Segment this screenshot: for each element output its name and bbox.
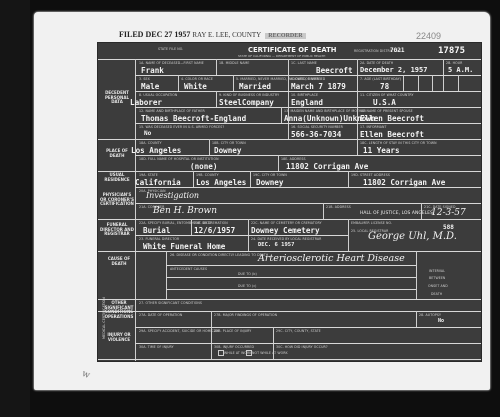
cemetery-label: 22C. NAME OF CEMETERY OR CREMATORY (251, 221, 322, 225)
industry-label: 9. KIND OF BUSINESS OR INDUSTRY (219, 93, 279, 97)
ssn-label: 16. SOCIAL SECURITY NUMBER (291, 125, 343, 129)
district-number: 7021 (390, 47, 404, 54)
other-conditions-label: 27. OTHER SIGNIFICANT CONDITIONS (139, 301, 202, 305)
father-label: 12. NAME AND BIRTHPLACE OF FATHER (139, 109, 205, 113)
place-of-injury-label: 29B. PLACE OF INJURY (214, 329, 251, 333)
industry-value: SteelCompany (219, 98, 274, 107)
father-value: Thomas Beecroft-England (141, 114, 246, 123)
last-name-label: 1C. LAST NAME (291, 61, 317, 65)
scan-margin (0, 0, 30, 417)
coroner-date-value: 12-3-57 (431, 208, 466, 218)
funeral-director-value: White Funeral Home (143, 242, 225, 251)
interval-l1: INTERVAL (429, 269, 445, 273)
date-of-death-label: 2A. DATE OF DEATH (360, 61, 393, 65)
res-county-value: Los Angeles (196, 178, 246, 187)
birth-date-value: March 7 1879 (291, 82, 346, 91)
sex-label: 3. SEX (139, 77, 150, 81)
state-file-label: STATE FILE NO. (158, 47, 183, 51)
injury-location-label: 29C. CITY, COUNTY, STATE (276, 329, 321, 333)
section-funeral: FUNERAL DIRECTOR AND REGISTRAR (100, 223, 134, 237)
mother-label: 13. MAIDEN NAME AND BIRTHPLACE OF MOTHER (284, 109, 366, 113)
autopsy-value: No (438, 318, 444, 324)
registrar-date-value: DEC. 6 1957 (258, 242, 294, 248)
cause-value: Arteriosclerotic Heart Disease (258, 253, 405, 264)
res-city-label: 19C. CITY OR TOWN (253, 173, 287, 177)
due-to-b: DUE TO (b) (238, 272, 257, 276)
accident-label: 29A. SPECIFY ACCIDENT, SUICIDE OR HOMICI… (139, 329, 220, 333)
disposition-value: Burial (143, 226, 170, 235)
age-value: 78 (380, 82, 389, 91)
county-clerk: RAY E. LEE, COUNTY (192, 31, 261, 39)
marital-value: Married (239, 82, 271, 91)
spouse-value: Ellen Beecroft (360, 114, 424, 123)
county-value: Los Angeles (131, 146, 181, 155)
birthplace-label: 10. BIRTHPLACE (291, 93, 318, 97)
first-name-label: 1A. NAME OF DECEASED—FIRST NAME (139, 61, 204, 65)
antecedent-label: ANTECEDENT CAUSES (170, 267, 207, 271)
side-label-strip: MEDICAL CERTIFICATION (102, 279, 110, 359)
physician-signature: Investigation (146, 191, 199, 200)
informant-value: Ellen Beecroft (360, 130, 424, 139)
length-of-stay-value: 11 Years (363, 146, 400, 155)
res-county-label: 19B. COUNTY (196, 173, 219, 177)
section-usual-residence: USUAL RESIDENCE (100, 173, 134, 182)
side-label: MEDICAL CERTIFICATION (102, 297, 106, 339)
hour-value: 5 A.M. (448, 66, 473, 74)
race-value: White (184, 82, 207, 91)
birth-date-label: 6. DATE OF BIRTH (291, 77, 321, 81)
coroner-address-value: HALL OF JUSTICE, LOS ANGELES (360, 211, 433, 216)
middle-name-label: 1B. MIDDLE NAME (219, 61, 249, 65)
funeral-director-label: 23. FUNERAL DIRECTOR (139, 237, 179, 241)
citizen-label: 11. CITIZEN OF WHAT COUNTRY (360, 93, 414, 97)
death-certificate: STATE FILE NO. CERTIFICATE OF DEATH STAT… (97, 42, 482, 362)
coroner-address-label: 21B. ADDRESS (326, 205, 351, 209)
age-label: 7. AGE (LAST BIRTHDAY) (360, 77, 401, 81)
interval-l4: DEATH (431, 292, 442, 296)
sex-value: Male (141, 82, 159, 91)
address-value: 11802 Corrigan Ave (286, 162, 368, 171)
armed-forces-label: 15. WAS DECEASED EVER IN U.S. ARMED FORC… (139, 125, 224, 129)
hospital-value: (none) (190, 162, 217, 171)
cemetery-value: Downey Cemetery (251, 226, 320, 235)
embalmer-value: 588 (443, 224, 454, 231)
section-place-of-death: PLACE OF DEATH (100, 149, 134, 158)
res-state-value: California (135, 178, 181, 187)
date-of-death-value: December 2, 1957 (360, 66, 427, 74)
interval-l2: BETWEEN (429, 276, 445, 280)
armed-forces-value: No (144, 130, 151, 137)
spouse-label: 14. NAME OF PRESENT SPOUSE (360, 109, 413, 113)
time-of-injury-label: 30A. TIME OF INJURY (139, 345, 174, 349)
filed-date: FILED DEC 27 1957 (119, 30, 190, 39)
not-at-work-label: NOT WHILE AT WORK (252, 351, 288, 355)
certificate-subtitle: STATE OF CALIFORNIA — DEPARTMENT OF PUBL… (238, 54, 325, 58)
cause-label: 26. DISEASE OR CONDITION DIRECTLY LEADIN… (170, 253, 268, 257)
autopsy-label: 28. AUTOPSY (419, 313, 441, 317)
address-label: 18E. ADDRESS (281, 157, 306, 161)
recorder-box: RECORDER (265, 33, 305, 39)
disposition-label: 22A. SPECIFY BURIAL, ENTOMBMENT OR CREMA… (139, 221, 228, 225)
major-findings-label: 27B. MAJOR FINDINGS OF OPERATION (214, 313, 277, 317)
filed-stamp: FILED DEC 27 1957 RAY E. LEE, COUNTY REC… (119, 30, 306, 39)
last-name-value: Beecroft (316, 66, 353, 75)
operation-date-label: 27A. DATE OF OPERATION (139, 313, 182, 317)
injury-at-work-label: 30B. INJURY OCCURRED (214, 345, 254, 349)
certificate-title: CERTIFICATE OF DEATH (248, 46, 336, 54)
hospital-label: 18D. FULL NAME OF HOSPITAL OR INSTITUTIO… (139, 157, 219, 161)
birthplace-value: England (291, 98, 323, 107)
registrar-signature: George Uhl, M.D. (368, 231, 457, 242)
city-label: 18B. CITY OR TOWN (212, 141, 246, 145)
length-of-stay-label: 18C. LENGTH OF STAY IN THIS CITY OR TOWN (360, 141, 437, 145)
document-number: 22409 (416, 31, 441, 41)
city-value: Downey (214, 146, 241, 155)
res-address-value: 11802 Corrigan Ave (363, 178, 445, 187)
res-city-value: Downey (256, 178, 283, 187)
res-address-label: 19D. STREET ADDRESS (351, 173, 390, 177)
first-name-value: Frank (141, 66, 164, 75)
hour-label: 2B. HOUR (446, 61, 463, 65)
section-decedent: DECEDENT PERSONAL DATA (100, 91, 134, 105)
occupation-label: 8. USUAL OCCUPATION (139, 93, 177, 97)
section-physician-certification: PHYSICIAN'S OR CORONER'S CERTIFICATION (100, 193, 134, 207)
interval-l3: ONSET AND (428, 284, 448, 288)
res-state-label: 19A. STATE (139, 173, 158, 177)
registrar-number: 17875 (438, 46, 465, 56)
registrar-date-label: 24. DATE RECEIVED BY LOCAL REGISTRAR (251, 237, 322, 241)
informant-label: 17. INFORMANT (360, 125, 387, 129)
how-injury-label: 30C. HOW DID INJURY OCCUR? (276, 345, 328, 349)
occupation-value: Laborer (130, 98, 162, 107)
race-label: 4. COLOR OR RACE (181, 77, 213, 81)
embalmer-label: EMBALMER LICENSE NO. (351, 221, 392, 225)
county-label: 18A. COUNTY (139, 141, 162, 145)
ssn-value: 566-36-7034 (291, 130, 341, 139)
section-cause-of-death: CAUSE OF DEATH (104, 257, 134, 266)
due-to-c: DUE TO (c) (238, 284, 257, 288)
citizen-value: U.S.A (373, 98, 396, 107)
disposition-date-label: 22B. DATE (194, 221, 211, 225)
disposition-date-value: 12/6/1957 (194, 226, 235, 235)
coroner-signature: Ben H. Brown (153, 206, 217, 216)
